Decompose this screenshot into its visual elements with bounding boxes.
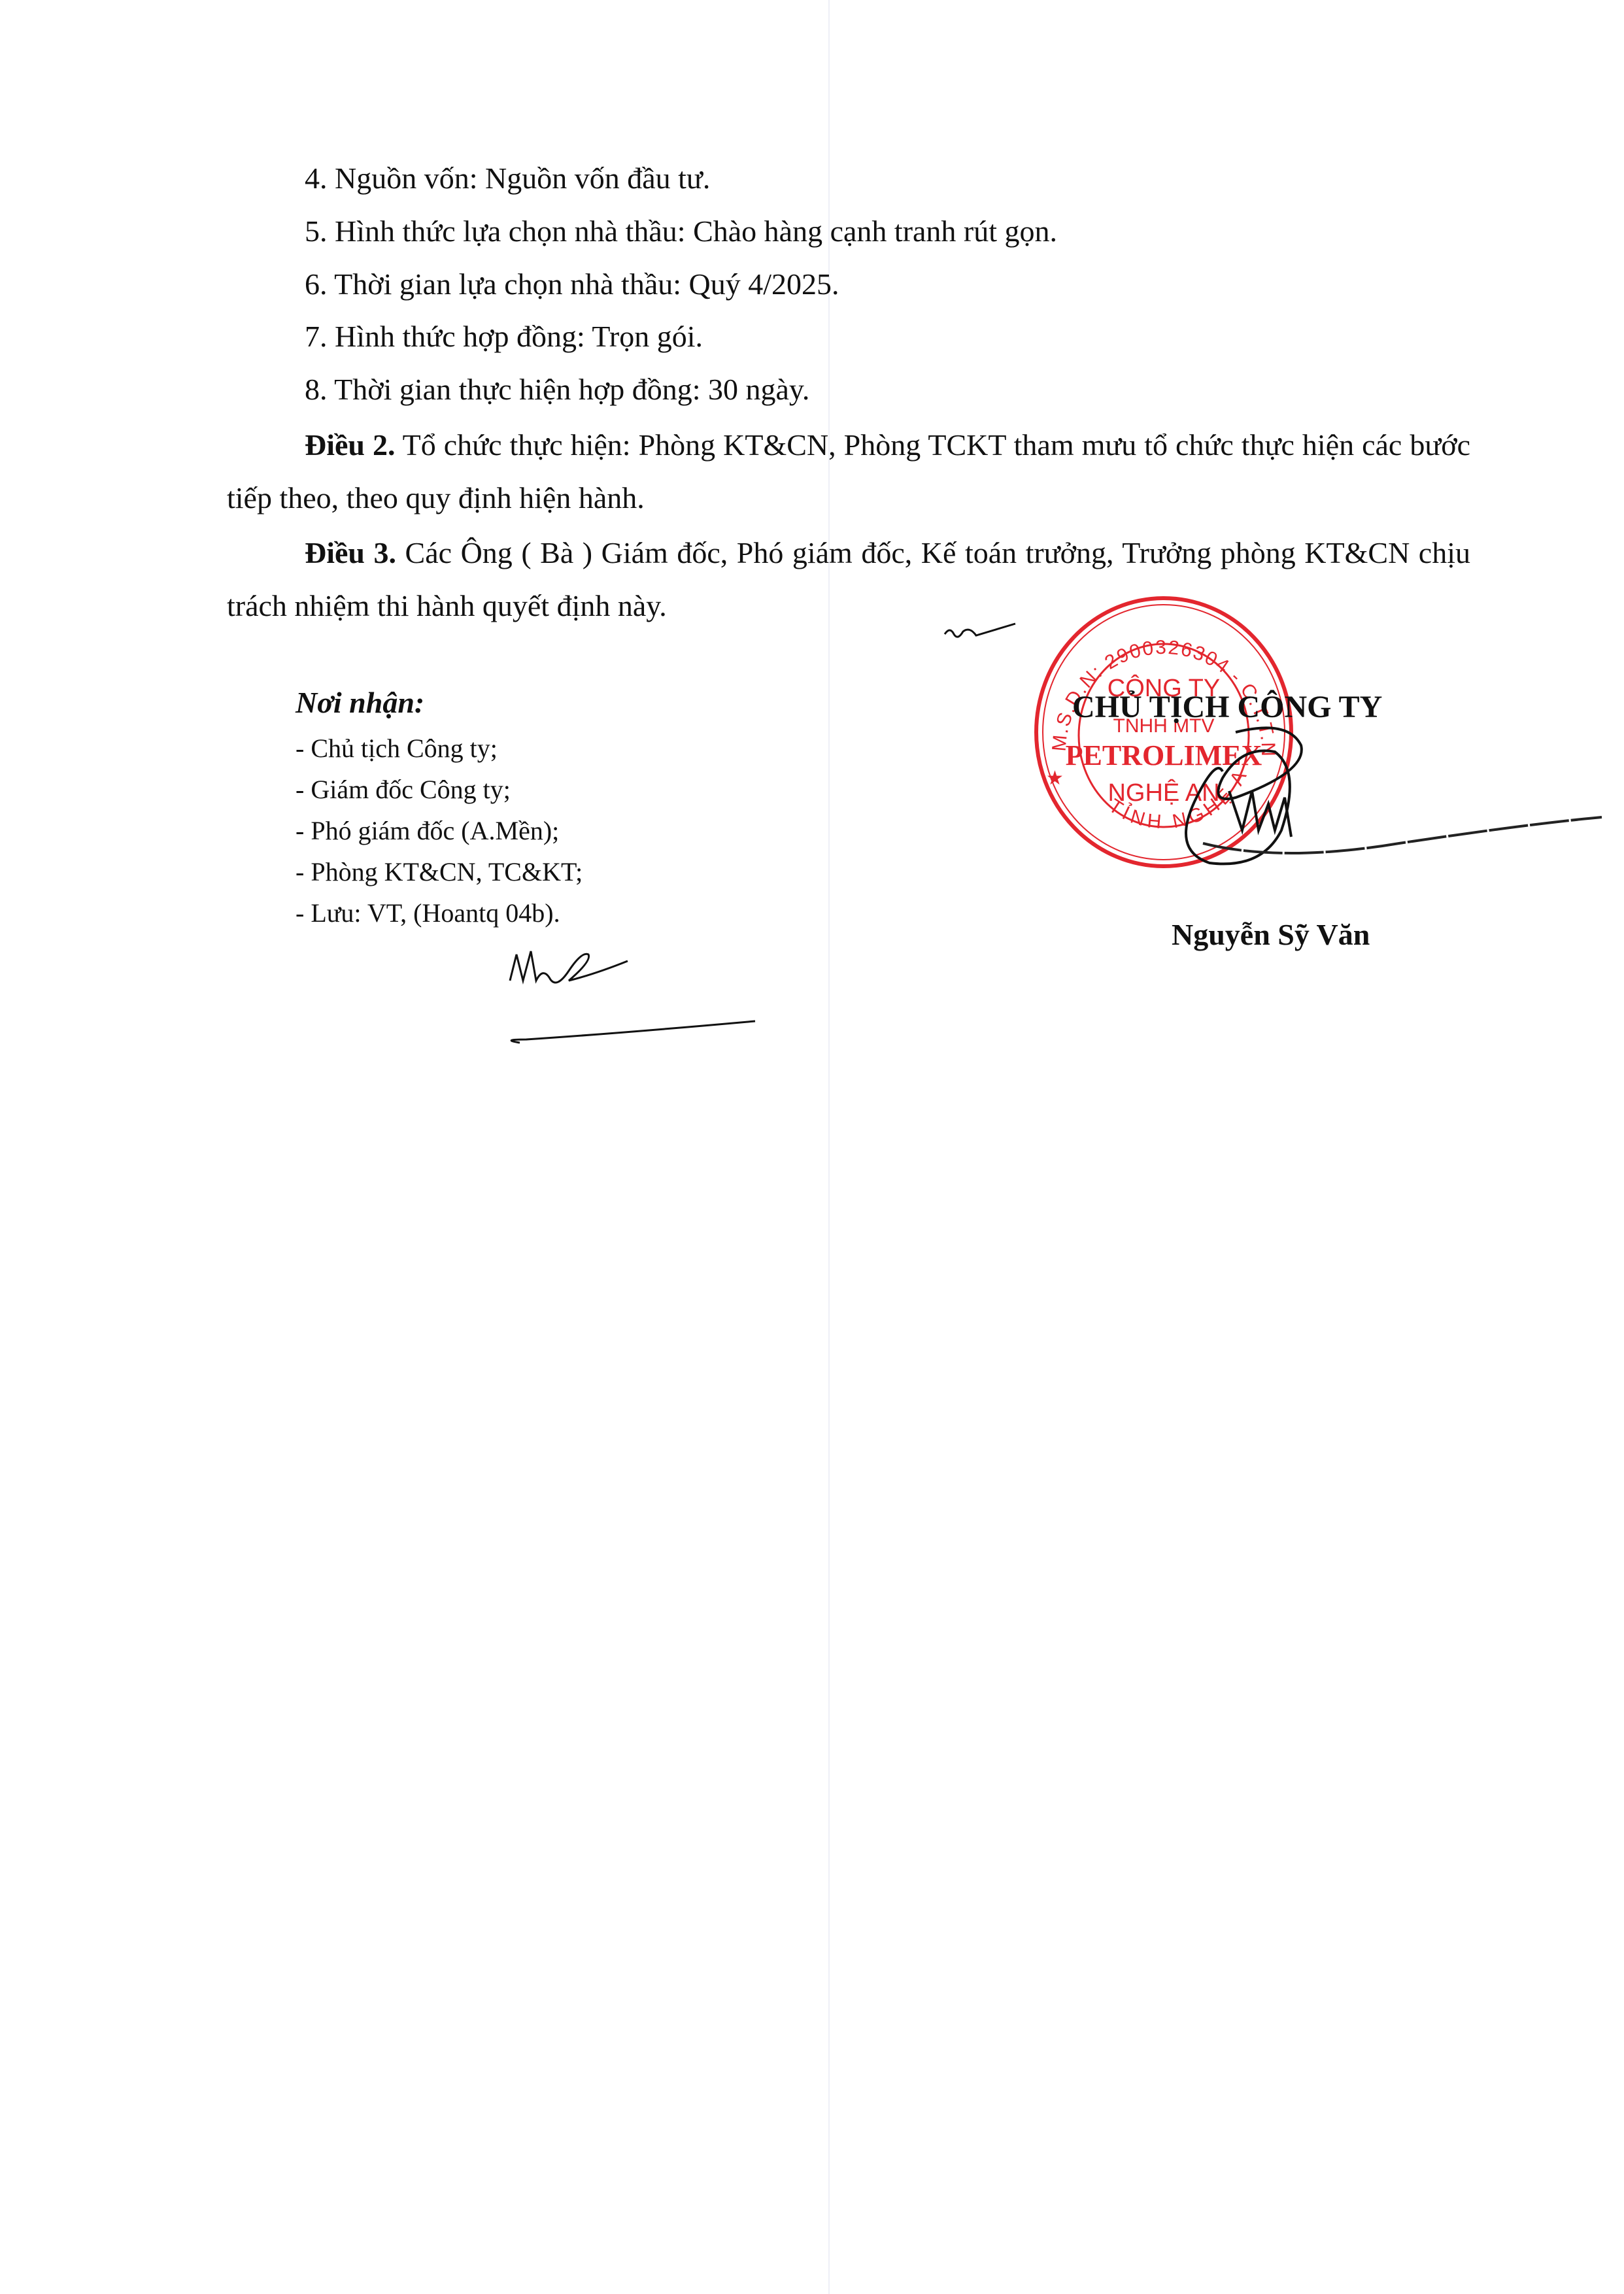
recipient-item: - Lưu: VT, (Hoantq 04b). — [296, 897, 560, 930]
svg-text:★: ★ — [1046, 767, 1064, 789]
item-7: 7. Hình thức hợp đồng: Trọn gói. — [305, 318, 703, 355]
initial-mark-icon — [941, 618, 1020, 644]
recipients-title: Nơi nhận: — [296, 685, 424, 720]
item-5: 5. Hình thức lựa chọn nhà thầu: Chào hàn… — [305, 213, 1057, 250]
recipient-item: - Phó giám đốc (A.Mền); — [296, 815, 559, 847]
article-2-text: Tổ chức thực hiện: Phòng KT&CN, Phòng TC… — [227, 428, 1470, 514]
item-4: 4. Nguồn vốn: Nguồn vốn đầu tư. — [305, 160, 710, 197]
handwritten-initial-icon — [497, 935, 771, 1059]
signatory-name: Nguyễn Sỹ Văn — [1172, 917, 1370, 952]
item-6: 6. Thời gian lựa chọn nhà thầu: Quý 4/20… — [305, 266, 839, 303]
article-3-label: Điều 3. — [305, 536, 396, 569]
article-2-label: Điều 2. — [305, 428, 396, 462]
recipient-item: - Phòng KT&CN, TC&KT; — [296, 856, 583, 888]
recipient-item: - Giám đốc Công ty; — [296, 773, 511, 806]
recipient-item: - Chủ tịch Công ty; — [296, 732, 498, 765]
handwritten-signature-icon — [1085, 719, 1608, 889]
scan-artifact-line — [828, 0, 830, 2294]
article-2: Điều 2. Tổ chức thực hiện: Phòng KT&CN, … — [227, 418, 1470, 524]
item-8: 8. Thời gian thực hiện hợp đồng: 30 ngày… — [305, 371, 809, 408]
